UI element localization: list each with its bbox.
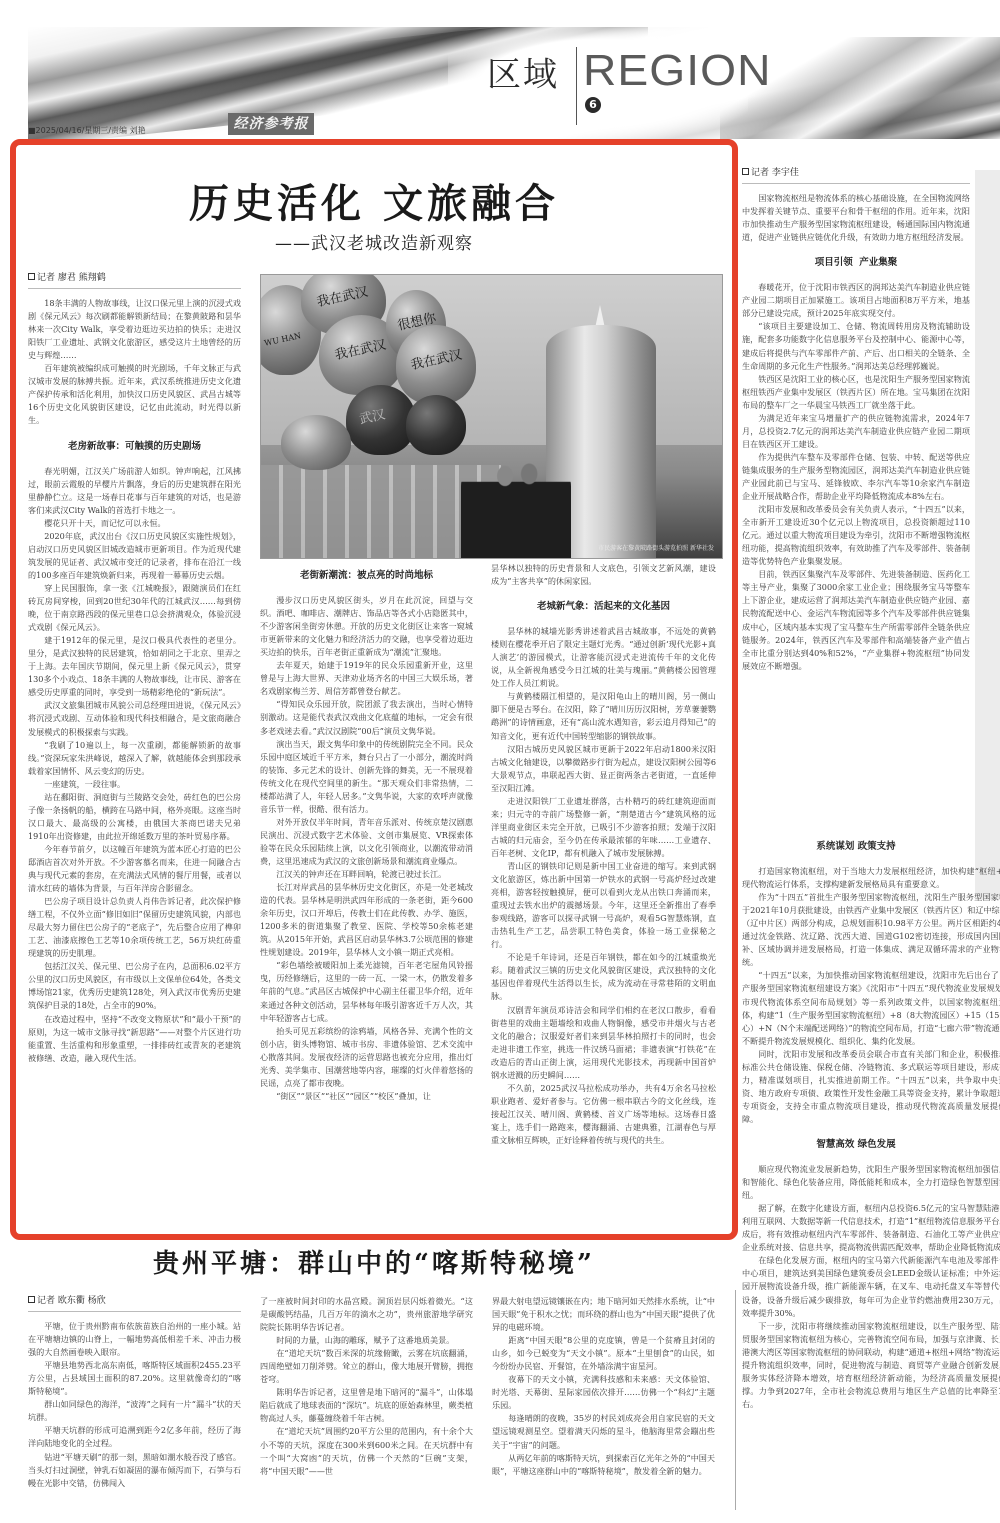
- body-paragraph: 春暖花开，位于沈阳市铁西区的润邦达美汽车制造业供应链产业园二期项目正加紧施工。该…: [742, 281, 970, 320]
- body-paragraph: 目前，铁西区集聚汽车及零部件、先进装备制造、医药化工等主导产业，集聚了3000余…: [742, 568, 970, 672]
- body-paragraph: “十四五”以来，为加快推动国家物流枢纽建设，沈阳市先后出台了《沈阳生产服务型国家…: [742, 969, 1000, 1047]
- bottom-article-column-2: 了一座被时间封印的水晶宫殿。洞顶岩层闪烁着微光。“这是碳酸钙结晶，几百万年的滴水…: [260, 1295, 473, 1478]
- body-paragraph: 在“道坨天坑”周围约20平方公里的范围内，有十余个大小不等的天坑，深度在300米…: [260, 1425, 473, 1477]
- body-paragraph: 从两亿年前的喀斯特天坑，到探索百亿光年之外的“中国天眼”，平塘这座群山中的“喀斯…: [492, 1452, 715, 1478]
- body-paragraph: 在“道坨天坑”数百米深的坑缘俯瞰，云雾在坑底翻涌，四周绝壁如刀削斧劈。耸立的群山…: [260, 1347, 473, 1386]
- body-paragraph: 了一座被时间封印的水晶宫殿。洞顶岩层闪烁着微光。“这是碳酸钙结晶，几百万年的滴水…: [260, 1295, 473, 1334]
- body-paragraph: 下一步，沈阳市将继续推动国家物流枢纽建设，以生产服务型、陆港型、商贸服务型国家物…: [742, 1320, 1000, 1411]
- right-edge-shade: [975, 170, 1000, 900]
- section-title-cn: 区域: [487, 47, 559, 96]
- byline-box-icon: [28, 1296, 35, 1303]
- body-paragraph: 陈明华告诉记者，这里曾是地下暗河的“漏斗”，山体塌陷后就成了地球表面的“深坑”。…: [260, 1386, 473, 1425]
- body-paragraph: 在绿色化发展方面，枢纽内的宝马第六代新能源汽车电池及零部件仓储配送中心项目，建筑…: [742, 1254, 1000, 1319]
- byline-text: 记者 欧东衢 杨欣: [37, 1296, 106, 1306]
- body-paragraph: 钻进“平塘天刷”的那一刻，黑暗如潮水般吞没了感官。当头灯扫过洞壁，钟乳石如凝固的…: [28, 1451, 241, 1490]
- body-paragraph: 界最大射电望远镜镶嵌在内；地下暗河如天然排水系统，让“中国天眼”免于积水之忧；而…: [492, 1295, 715, 1334]
- body-paragraph: 据了解，在数字化建设方面，枢纽内总投资6.5亿元的宝马智慧陆港项目，正利用互联网…: [742, 1202, 1000, 1254]
- body-paragraph: 平塘，位于贵州黔南布依族苗族自治州的一座小城。站在平塘塘边镇的山脊上，一幅地势高…: [28, 1320, 241, 1359]
- body-paragraph: 顺应现代物流业发展新趋势，沈阳生产服务型国家物流枢纽加强信息化技术和智能化、绿色…: [742, 1163, 1000, 1202]
- body-paragraph: 同时，沈阳市发展和改革委员会联合市直有关部门和企业，积极推动枢纽高标准公共仓储设…: [742, 1048, 1000, 1126]
- body-paragraph: 作为提供汽车整车及零部件仓储、包装、中转、配送等供应链集成服务的生产服务型物流园…: [742, 451, 970, 503]
- right-article: 记者 李宇佳 国家物流枢纽是物流体系的核心基础设施，在全国物流网络中发挥着关键节…: [742, 167, 970, 673]
- newspaper-logo: 经济参考报: [228, 113, 314, 135]
- body-paragraph: 每逢晴朗的夜晚，35岁的村民刘成亮会用自家民宿的天文望远镜观测星空。望着满天闪烁…: [492, 1412, 715, 1451]
- bottom-article-column-3: 界最大射电望远镜镶嵌在内；地下暗河如天然排水系统，让“中国天眼”免于积水之忧；而…: [492, 1295, 715, 1478]
- section-title-en: REGION: [583, 46, 772, 96]
- body-paragraph: 平塘县地势西北高东南低，喀斯特区域面积2455.23平方公里，占县域国土面积的8…: [28, 1359, 241, 1398]
- body-paragraph: 国家物流枢纽是物流体系的核心基础设施，在全国物流网络中发挥着关键节点、重要平台和…: [742, 192, 970, 244]
- issue-date-editor: ■2025/04/16/星期三/责编 刘艳: [28, 125, 146, 136]
- body-paragraph: 沈阳市发展和改革委员会有关负责人表示，“十四五”以来，全市新开工建设近30个亿元…: [742, 503, 970, 568]
- body-paragraph: 距离“中国天眼”8公里的克度镇，曾是一个贫瘠且封闭的山乡，如今已蜕变为“天文小镇…: [492, 1334, 715, 1373]
- column-rule: [735, 1290, 736, 1510]
- body-paragraph: 铁西区是沈阳工业的核心区，也是沈阳生产服务型国家物流枢纽铁西产业集中发展区（铁西…: [742, 373, 970, 412]
- byline-text: 记者 李宇佳: [751, 168, 799, 178]
- subhead-project: 项目引领 产业集聚: [742, 256, 970, 269]
- highlight-frame: [10, 139, 738, 1240]
- right-article-continued: 系统谋划 政策支持 打造国家物流枢纽，对于当地大力发展枢纽经济，加快构建“枢纽+…: [742, 840, 1000, 1411]
- bottom-article-byline: 记者 欧东衢 杨欣: [28, 1295, 241, 1312]
- body-paragraph: 群山如同绿色的海洋，“波涛”之间有一片“漏斗”状的天坑群。: [28, 1398, 241, 1424]
- body-paragraph: 作为“十四五”首批生产服务型国家物流枢纽，沈阳生产服务型国家物流枢纽于2021年…: [742, 891, 1000, 969]
- body-paragraph: 夜幕下的天文小镇，充满科技感和未来感：天文体验馆、时光塔、天幕街、星际家园依次排…: [492, 1373, 715, 1412]
- body-paragraph: 打造国家物流枢纽，对于当地大力发展枢纽经济，加快构建“枢纽+网络”的现代物流运行…: [742, 865, 1000, 891]
- page-number-badge: 6: [585, 97, 601, 113]
- body-paragraph: “该项目主要建设加工、仓储、物流周转用房及物流辅助设施，配套多功能数字化信息服务…: [742, 320, 970, 372]
- bottom-article-headline: 贵州平塘：群山中的“喀斯特秘境”: [0, 1243, 748, 1280]
- subhead-planning: 系统谋划 政策支持: [742, 840, 970, 853]
- bottom-article-column-1: 记者 欧东衢 杨欣 平塘，位于贵州黔南布依族苗族自治州的一座小城。站在平塘塘边镇…: [28, 1295, 241, 1490]
- body-paragraph: 平塘天坑群的形成可追溯到距今2亿多年前，经历了海洋向陆地变化的全过程。: [28, 1424, 241, 1450]
- section-divider: [576, 47, 577, 125]
- byline-box-icon: [742, 168, 749, 175]
- subhead-smart-green: 智慧高效 绿色发展: [742, 1138, 970, 1151]
- body-paragraph: 为满足近年来宝马增量扩产的供应链物流需求，2024年7月，总投资2.7亿元的润邦…: [742, 412, 970, 451]
- body-paragraph: 时间的力量，山海的雕琢，赋予了这番地质美景。: [260, 1334, 473, 1347]
- right-article-byline: 记者 李宇佳: [742, 167, 970, 184]
